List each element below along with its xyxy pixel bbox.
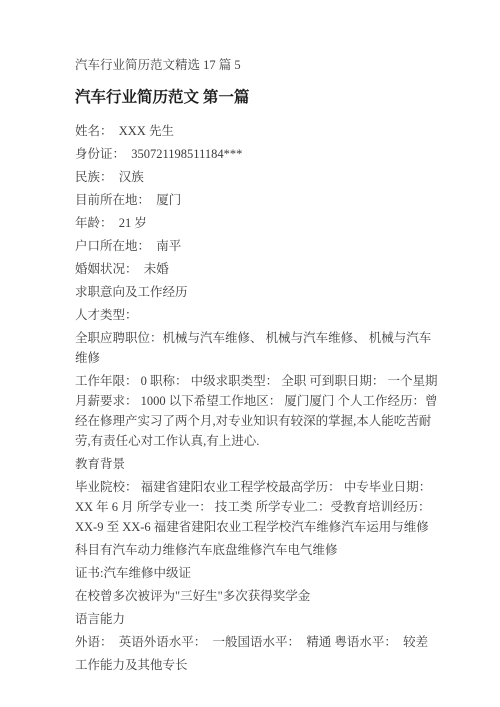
resume-line-talent-type: 人才类型： <box>75 305 443 325</box>
section-heading-language: 语言能力 <box>75 609 443 629</box>
resume-line-ethnicity: 民族： 汉族 <box>75 167 443 187</box>
resume-document-page: 汽车行业简历范文精选 17 篇 5 汽车行业简历范文 第一篇 姓名： XXX 先… <box>0 0 500 707</box>
article-body: 姓名： XXX 先生 身份证： 350721198511184*** 民族： 汉… <box>75 121 443 675</box>
resume-line-marital-status: 婚姻状况： 未婚 <box>75 259 443 279</box>
section-heading-job-intent: 求职意向及工作经历 <box>75 282 443 302</box>
resume-line-courses: 科目有汽车动力维修汽车底盘维修汽车电气维修 <box>75 540 443 560</box>
resume-line-current-location: 目前所在地： 厦门 <box>75 190 443 210</box>
resume-line-age: 年龄： 21 岁 <box>75 213 443 233</box>
resume-line-id-number: 身份证： 350721198511184*** <box>75 144 443 164</box>
resume-line-household-location: 户口所在地： 南平 <box>75 236 443 256</box>
article-title: 汽车行业简历范文 第一篇 <box>75 87 443 108</box>
resume-paragraph-education-detail: 毕业院校： 福建省建阳农业工程学校最高学历： 中专毕业日期： XX 年 6 月 … <box>75 477 443 537</box>
section-heading-education: 教育背景 <box>75 454 443 474</box>
resume-line-awards: 在校曾多次被评为"三好生"多次获得奖学金 <box>75 586 443 606</box>
section-heading-skills: 工作能力及其他专长 <box>75 655 443 675</box>
resume-paragraph-work-experience: 工作年限： 0 职称： 中级求职类型： 全职 可到职日期： 一个星期 月薪要求：… <box>75 371 443 451</box>
resume-line-certificate: 证书:汽车维修中级证 <box>75 563 443 583</box>
resume-line-language-levels: 外语： 英语外语水平： 一般国语水平： 精通 粤语水平： 较差 <box>75 632 443 652</box>
article-kicker: 汽车行业简历范文精选 17 篇 5 <box>75 56 443 74</box>
resume-line-target-positions: 全职应聘职位：机械与汽车维修、 机械与汽车维修、 机械与汽车维修 <box>75 328 443 368</box>
resume-line-name: 姓名： XXX 先生 <box>75 121 443 141</box>
